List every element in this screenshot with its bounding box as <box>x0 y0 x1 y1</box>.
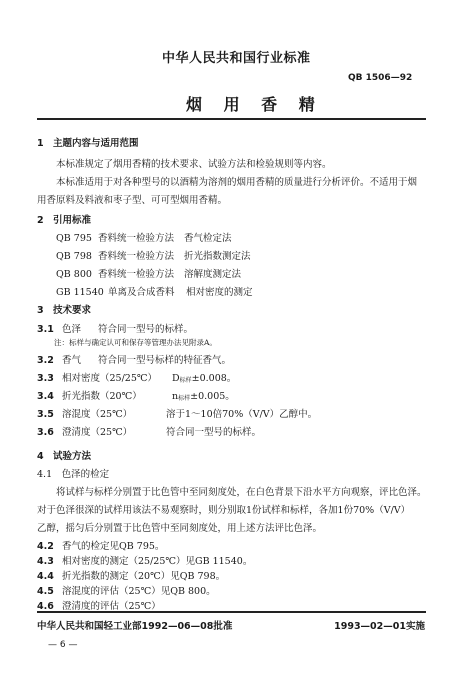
section-number: 4 <box>37 451 53 462</box>
item-number: 3.1 <box>37 324 62 335</box>
method-item: 4.3相对密度的测定（25/25℃）见GB 11540。 <box>37 553 252 567</box>
ref-name: 香气检定法 <box>184 230 232 244</box>
subsection-4-1-line-3: 乙醇，摇匀后分别置于比色管中至同刻度处，用上述方法评比色泽。 <box>37 520 322 534</box>
item-number: 3.2 <box>37 355 62 366</box>
item-value: 符合同一型号的标样。 <box>166 427 261 438</box>
subsection-4-1-line-2: 对于色泽很深的试样用该法不易观察时，则分别取1份试样和标样，各加1份70%（V/… <box>37 502 410 516</box>
reference-row: GB 11540单离及合成香料相对密度的测定 <box>56 284 253 298</box>
item-number: 3.6 <box>37 427 62 438</box>
item-value-subscript: 标样 <box>180 377 192 384</box>
section-title: 主题内容与适用范围 <box>53 138 139 149</box>
item-text: 折光指数的测定（20℃）见QB 798。 <box>62 571 225 582</box>
section-title: 技术要求 <box>53 305 91 316</box>
ref-code: GB 11540 <box>56 287 108 298</box>
section-title: 试验方法 <box>53 451 91 462</box>
reference-row: QB 798香料统一检验方法折光指数测定法 <box>56 248 251 262</box>
ref-group: 香料统一检验方法 <box>98 230 184 244</box>
ref-group: 香料统一检验方法 <box>98 266 184 280</box>
implementation-date: 1993—02—01实施 <box>334 618 425 632</box>
item-number: 3.5 <box>37 409 62 420</box>
method-item: 4.2香气的检定见QB 795。 <box>37 538 164 552</box>
ref-code: QB 800 <box>56 269 98 280</box>
item-value-symbol: D <box>172 373 180 384</box>
ref-group: 香料统一检验方法 <box>98 248 184 262</box>
item-key: 香气 <box>62 352 98 366</box>
document-title: 烟 用 香 精 <box>186 92 323 115</box>
ref-code: QB 795 <box>56 233 98 244</box>
subsection-4-1-line-1: 将试样与标样分别置于比色管中至同刻度处，在白色背景下沿水平方向观察，评比色泽。 <box>56 484 427 498</box>
item-key: 折光指数（20℃） <box>62 388 172 402</box>
item-key: 相对密度（25/25℃） <box>62 370 172 384</box>
requirement-item: 3.1色泽符合同一型号的标样。 <box>37 321 193 335</box>
requirement-item: 3.3相对密度（25/25℃）D标样±0.008。 <box>37 370 236 384</box>
requirement-item: 3.4折光指数（20℃）n标样±0.005。 <box>37 388 235 402</box>
requirement-item: 3.6澄清度（25℃）符合同一型号的标样。 <box>37 424 261 438</box>
item-value: 符合同一型号的标样。 <box>98 324 193 335</box>
item-value-subscript: 标样 <box>178 395 190 402</box>
item-key: 澄清度（25℃） <box>62 424 166 438</box>
section-number: 2 <box>37 215 53 226</box>
section-number: 3 <box>37 305 53 316</box>
section-1-para-1: 本标准规定了烟用香精的技术要求、试验方法和检验规则等内容。 <box>56 156 332 170</box>
item-value: 符合同一型号标样的特征香气。 <box>98 355 231 366</box>
item-text: 香气的检定见QB 795。 <box>62 541 164 552</box>
item-text: 相对密度的测定（25/25℃）见GB 11540。 <box>62 556 252 567</box>
section-3-heading: 3技术要求 <box>37 302 91 316</box>
method-item: 4.4折光指数的测定（20℃）见QB 798。 <box>37 568 225 582</box>
item-number: 4.2 <box>37 541 62 552</box>
footer-divider <box>37 611 426 613</box>
ref-name: 折光指数测定法 <box>184 248 251 262</box>
requirement-item: 3.5溶混度（25℃）溶于1～10倍70%（V/V）乙醇中。 <box>37 406 317 420</box>
ref-name: 相对密度的测定 <box>186 284 253 298</box>
reference-row: QB 795香料统一检验方法香气检定法 <box>56 230 232 244</box>
subsection-4-1-heading: 4.1 色泽的检定 <box>37 466 109 480</box>
header-divider <box>37 118 426 120</box>
item-key: 色泽 <box>62 321 98 335</box>
item-number: 4.3 <box>37 556 62 567</box>
requirement-item: 3.2香气符合同一型号标样的特征香气。 <box>37 352 231 366</box>
approval-statement: 中华人民共和国轻工业部1992—06—08批准 <box>37 618 232 632</box>
item-value: 溶于1～10倍70%（V/V）乙醇中。 <box>166 409 317 420</box>
ref-name: 溶解度测定法 <box>184 266 241 280</box>
requirement-note: 注：标样与确定认可和保存等管理办法见附录A。 <box>54 337 217 348</box>
item-number: 4.4 <box>37 571 62 582</box>
standard-code: QB 1506—92 <box>348 73 412 83</box>
method-item: 4.6澄清度的评估（25℃） <box>37 598 161 612</box>
ref-group: 单离及合成香料 <box>108 284 186 298</box>
item-value: ±0.005。 <box>190 391 235 402</box>
ref-code: QB 798 <box>56 251 98 262</box>
issuing-organization: 中华人民共和国行业标准 <box>162 47 311 66</box>
item-value: ±0.008。 <box>192 373 237 384</box>
section-1-para-2-line-2: 用香原料及料液和枣子型、可可型烟用香精。 <box>37 192 227 206</box>
item-number: 3.3 <box>37 373 62 384</box>
section-number: 1 <box>37 138 53 149</box>
item-text: 溶混度的评估（25℃）见QB 800。 <box>62 586 216 597</box>
item-key: 溶混度（25℃） <box>62 406 166 420</box>
section-1-para-2-line-1: 本标准适用于对各种型号的以酒精为溶剂的烟用香精的质量进行分析评价。不适用于烟 <box>56 174 417 188</box>
item-number: 4.5 <box>37 586 62 597</box>
method-item: 4.5溶混度的评估（25℃）见QB 800。 <box>37 583 216 597</box>
item-number: 3.4 <box>37 391 62 402</box>
section-1-heading: 1主题内容与适用范围 <box>37 135 139 149</box>
reference-row: QB 800香料统一检验方法溶解度测定法 <box>56 266 241 280</box>
page-number: — 6 — <box>48 640 77 650</box>
section-2-heading: 2引用标准 <box>37 212 91 226</box>
section-title: 引用标准 <box>53 215 91 226</box>
section-4-heading: 4试验方法 <box>37 448 91 462</box>
